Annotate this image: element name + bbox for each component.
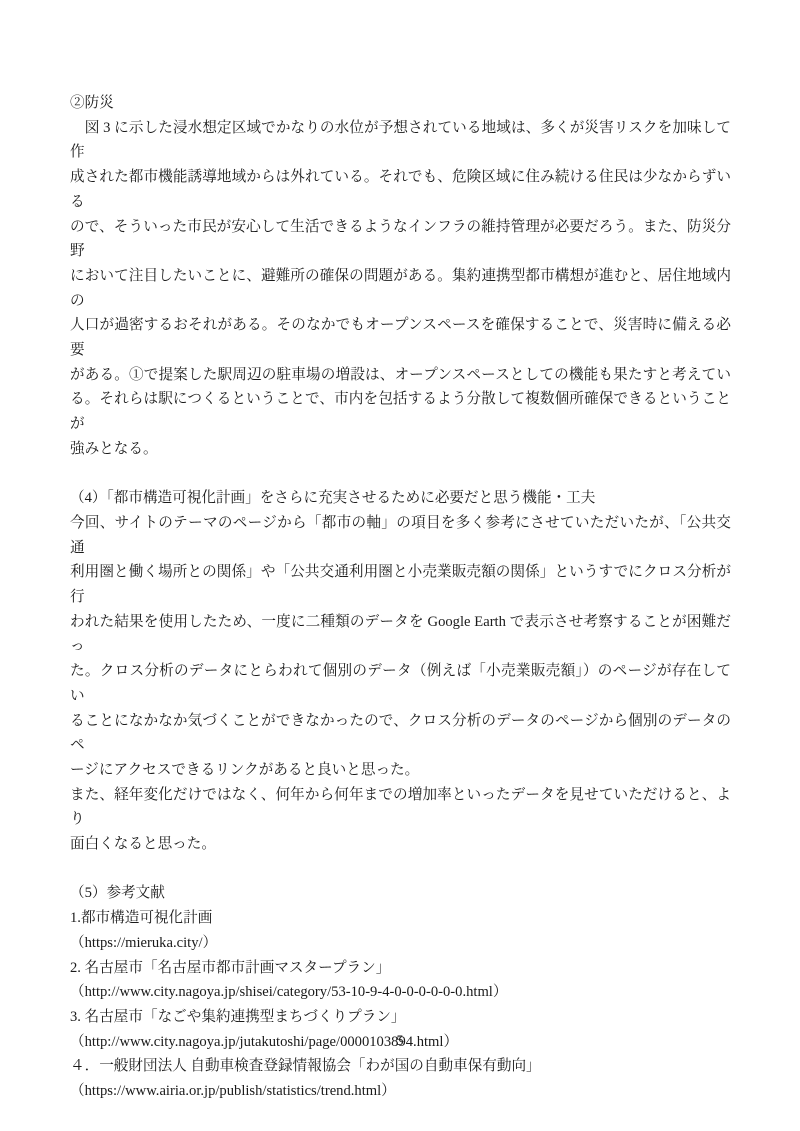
text-line: ることになかなか気づくことができなかったので、クロス分析のデータのページから個別…: [70, 709, 731, 758]
text-line: （4）「都市構造可視化計画」をさらに充実させるために必要だと思う機能・工夫: [70, 486, 731, 511]
text-line: 利用圏と働く場所との関係」や「公共交通利用圏と小売業販売額の関係」というすでにク…: [70, 560, 731, 609]
section-feature-suggestions: （4）「都市構造可視化計画」をさらに充実させるために必要だと思う機能・工夫今回、…: [70, 486, 731, 857]
text-line: 人口が過密するおそれがある。そのなかでもオープンスペースを確保することで、災害時…: [70, 313, 731, 362]
page-number: 5: [0, 1030, 800, 1052]
text-line: 3. 名古屋市「なごや集約連携型まちづくりプラン」: [70, 1005, 731, 1030]
section-references: （5）参考文献1.都市構造可視化計画（https://mieruka.city/…: [70, 881, 731, 1103]
document-body: ②防災 図 3 に示した浸水想定区域でかなりの水位が予想されている地域は、多くが…: [70, 91, 731, 1104]
text-line: 面白くなると思った。: [70, 832, 731, 857]
text-line: 成された都市機能誘導地域からは外れている。それでも、危険区域に住み続ける住民は少…: [70, 165, 731, 214]
text-line: （5）参考文献: [70, 881, 731, 906]
text-line: ４．一般財団法人 自動車検査登録情報協会「わが国の自動車保有動向」: [70, 1054, 731, 1079]
text-line: （https://mieruka.city/）: [70, 931, 731, 956]
text-line: 2. 名古屋市「名古屋市都市計画マスタープラン」: [70, 956, 731, 981]
text-line: において注目したいことに、避難所の確保の問題がある。集約連携型都市構想が進むと、…: [70, 264, 731, 313]
section-disaster-prevention: ②防災 図 3 に示した浸水想定区域でかなりの水位が予想されている地域は、多くが…: [70, 91, 731, 462]
text-line: た。クロス分析のデータにとらわれて個別のデータ（例えば「小売業販売額」）のページ…: [70, 659, 731, 708]
text-line: ので、そういった市民が安心して生活できるようなインフラの維持管理が必要だろう。ま…: [70, 215, 731, 264]
text-line: （http://www.city.nagoya.jp/shisei/catego…: [70, 980, 731, 1005]
text-line: 今回、サイトのテーマのページから「都市の軸」の項目を多く参考にさせていただいたが…: [70, 511, 731, 560]
text-line: る。それらは駅につくるということで、市内を包括するよう分散して複数個所確保できる…: [70, 387, 731, 436]
text-line: がある。①で提案した駅周辺の駐車場の増設は、オープンスペースとしての機能も果たす…: [70, 363, 731, 388]
text-line: ージにアクセスできるリンクがあると良いと思った。: [70, 758, 731, 783]
text-line: われた結果を使用したため、一度に二種類のデータを Google Earth で表…: [70, 610, 731, 659]
text-line: ②防災: [70, 91, 731, 116]
document-page: ②防災 図 3 に示した浸水想定区域でかなりの水位が予想されている地域は、多くが…: [0, 0, 800, 1131]
text-line: （https://www.airia.or.jp/publish/statist…: [70, 1079, 731, 1104]
text-line: 図 3 に示した浸水想定区域でかなりの水位が予想されている地域は、多くが災害リス…: [70, 116, 731, 165]
text-line: また、経年変化だけではなく、何年から何年までの増加率といったデータを見せていただ…: [70, 783, 731, 832]
text-line: 1.都市構造可視化計画: [70, 906, 731, 931]
text-line: 強みとなる。: [70, 437, 731, 462]
